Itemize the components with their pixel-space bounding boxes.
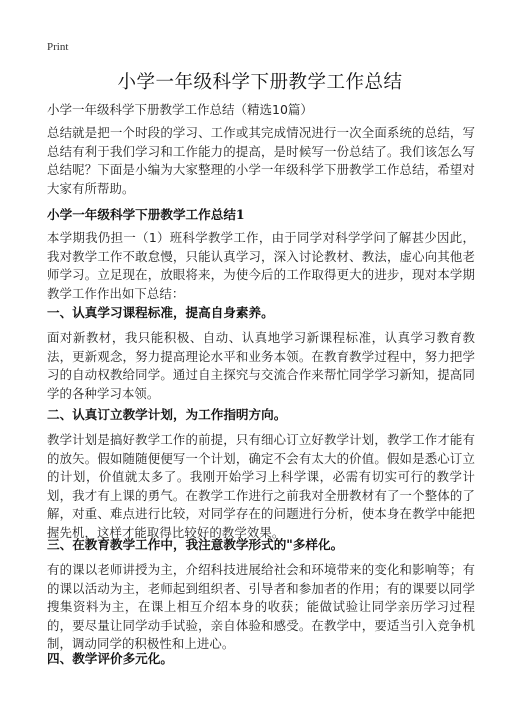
article-intro-paragraph: 本学期我仍担一（1）班科学教学工作，由于同学对科学学问了解甚少因此，我对教学工作… (47, 229, 475, 303)
document-title: 小学一年级科学下册教学工作总结 (47, 68, 473, 94)
section-3-heading: 三、在教育教学工作中，我注意教学形式的"多样化。 (47, 534, 343, 553)
document-subtitle: 小学一年级科学下册教学工作总结（精选10篇） (47, 100, 313, 118)
article-heading: 小学一年级科学下册教学工作总结1 (47, 204, 245, 223)
section-2-body: 教学计划是搞好教学工作的前提，只有细心订立好教学计划，教学工作才能有的放矢。假如… (47, 431, 475, 542)
section-1-body: 面对新教材，我只能积极、自动、认真地学习新课程标准，认真学习教育教法，更新观念，… (47, 329, 475, 403)
print-label: Print (47, 41, 68, 53)
section-4-heading: 四、教学评价多元化。 (47, 648, 173, 667)
section-2-heading: 二、认真订立教学计划，为工作指明方向。 (47, 404, 286, 423)
section-3-body: 有的课以老师讲授为主，介绍科技进展给社会和环境带来的变化和影响等；有的课以活动为… (47, 561, 475, 654)
section-1-heading: 一、认真学习课程标准，提高自身素养。 (47, 302, 274, 321)
intro-paragraph: 总结就是把一个时段的学习、工作或其完成情况进行一次全面系统的总结，写总结有利于我… (47, 124, 475, 198)
